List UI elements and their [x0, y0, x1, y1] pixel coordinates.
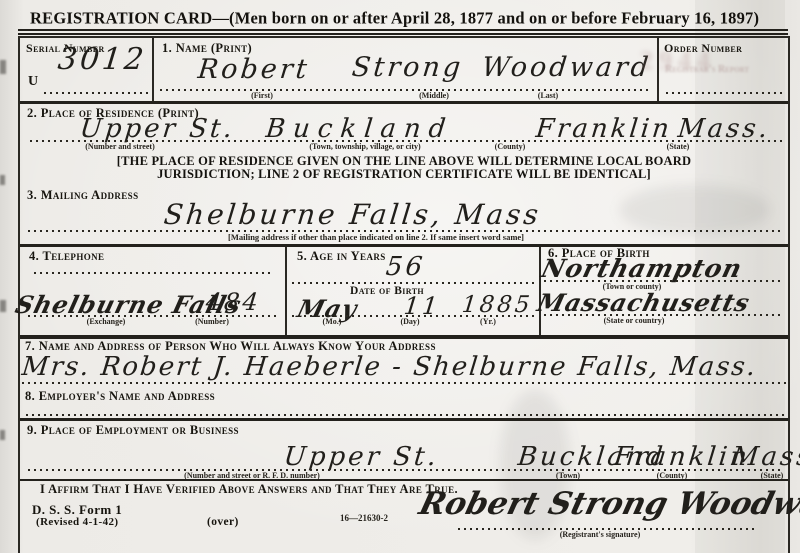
- birthplace-sub-state: (State or country): [604, 316, 665, 325]
- row3-bottom-rule: [20, 244, 788, 247]
- telephone-sub-exchange: (Exchange): [87, 317, 126, 326]
- divider-serial-name: [152, 38, 154, 101]
- serial-prefix: U: [28, 74, 39, 90]
- employer-label: 8. Employer's Name and Address: [25, 389, 215, 404]
- mailing-label: 3. Mailing Address: [27, 188, 138, 203]
- employment-label: 9. Place of Employment or Business: [27, 423, 239, 438]
- mailing-note: [Mailing address if other than place ind…: [228, 232, 524, 242]
- row8-bottom-rule: [20, 418, 788, 421]
- scan-edge-mark: [0, 430, 5, 440]
- name-first-value: Robert: [196, 54, 311, 85]
- name-sub-middle: (Middle): [419, 91, 449, 100]
- signature-sub-label: (Registrant's signature): [560, 530, 641, 539]
- age-value: 56: [384, 252, 426, 282]
- contact-line: [22, 382, 786, 384]
- scan-edge-mark: [0, 60, 6, 74]
- employer-line: [26, 414, 786, 416]
- telephone-label: 4. Telephone: [29, 249, 104, 264]
- registration-card: Serial Number 3012 U 1. Name (Print) Rob…: [18, 36, 790, 553]
- serial-number-line: [44, 92, 148, 94]
- telephone-blank-line: [34, 272, 274, 274]
- age-line: [292, 282, 534, 284]
- scan-edge-mark: [0, 175, 5, 185]
- birthplace-state-value: Massachusetts: [534, 288, 753, 317]
- telephone-sub-number: (Number): [195, 317, 229, 326]
- age-label: 5. Age in Years: [297, 249, 386, 264]
- residence-sub-state: (State): [667, 142, 690, 151]
- birthplace-town-value: Northampton: [538, 254, 745, 283]
- row9-bottom-rule: [20, 479, 788, 481]
- affirmation-text: I Affirm That I Have Verified Above Answ…: [40, 482, 458, 497]
- dob-sub-year: (Yr.): [480, 317, 496, 326]
- name-sub-first: (First): [251, 91, 273, 100]
- telephone-number-value: 484: [205, 288, 263, 316]
- card-title: REGISTRATION CARD—(Men born on or after …: [30, 8, 759, 29]
- row1-bottom-rule: [20, 101, 788, 104]
- jurisdiction-notice-line2: JURISDICTION; LINE 2 OF REGISTRATION CER…: [20, 167, 788, 182]
- telephone-line: [28, 315, 278, 317]
- over-note: (over): [207, 516, 239, 528]
- serial-number-value: 3012: [56, 42, 148, 77]
- header-double-rule: [18, 29, 788, 35]
- name-sub-last: (Last): [538, 91, 558, 100]
- residence-sub-town: (Town, township, village, or city): [309, 142, 420, 151]
- employment-street-value: Upper St.: [282, 442, 440, 472]
- scan-edge-mark: [0, 300, 6, 312]
- name-middle-value: Strong: [350, 52, 464, 83]
- form-revision: (Revised 4-1-42): [36, 516, 118, 528]
- divider-telephone-age: [285, 247, 287, 335]
- name-line: [160, 89, 652, 91]
- employment-state-value: Mass,: [730, 442, 800, 472]
- birthplace-town-line: [544, 280, 784, 282]
- name-last-value: Woodward: [480, 52, 652, 83]
- residence-sub-street: (Number and street): [85, 142, 154, 151]
- dob-sub-month: (Mo.): [323, 317, 342, 326]
- dob-sub-day: (Day): [400, 317, 419, 326]
- ghost-registrar-report: Registrar's Report: [665, 64, 749, 75]
- mailing-value: Shelburne Falls, Mass: [162, 198, 542, 231]
- registrant-signature: Robert Strong Woodward: [416, 486, 800, 522]
- print-code: 16—21630-2: [340, 513, 388, 523]
- contact-value: Mrs. Robert J. Haeberle - Shelburne Fall…: [20, 352, 758, 382]
- residence-sub-county: (County): [495, 142, 526, 151]
- order-number-line: [666, 92, 784, 94]
